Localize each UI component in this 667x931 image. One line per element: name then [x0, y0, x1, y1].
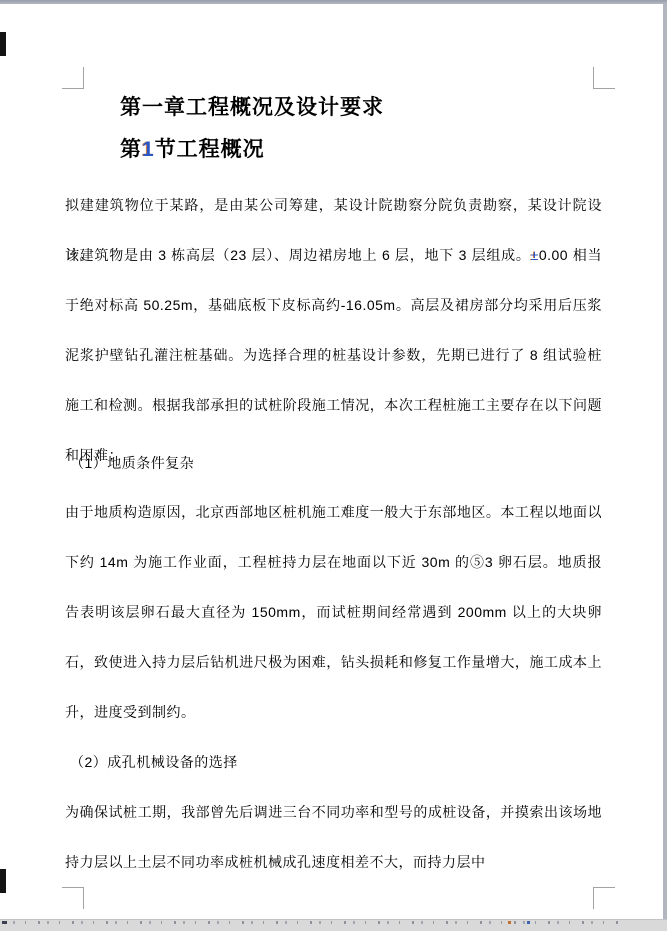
crop-mark-top-left: [62, 67, 84, 89]
statusbar-clipped-text: [4, 921, 624, 924]
status-bar: [0, 919, 667, 931]
window-top-edge: [0, 0, 667, 4]
paragraph-building-overview-seg1: 该建筑物是由 3 栋高层（23 层）、周边裙房地上 6 层，地下 3 层组成。: [65, 247, 531, 263]
paragraph-equipment-detail: 为确保试桩工期，我部曾先后调进三台不同功率和型号的成桩设备，并摸索出该场地持力层…: [65, 787, 602, 887]
paragraph-geology-detail: 由于地质构造原因，北京西部地区桩机施工难度一般大于东部地区。本工程以地面以下约 …: [65, 487, 602, 737]
crop-mark-top-right: [593, 67, 615, 89]
crop-mark-bottom-left: [62, 887, 84, 909]
section-number: 1: [142, 138, 155, 161]
chapter-heading: 第一章工程概况及设计要求: [120, 93, 384, 123]
section-heading-suffix: 节工程概况: [155, 138, 265, 161]
plus-minus-symbol: ±: [531, 247, 539, 263]
left-edge-mark-bottom: [0, 869, 6, 893]
list-item-geology: （1）地质条件复杂: [70, 438, 607, 488]
list-item-equipment: （2）成孔机械设备的选择: [70, 737, 607, 787]
statusbar-clipped-icon-left: [2, 921, 7, 924]
scrollbar[interactable]: [663, 4, 667, 920]
section-heading: 第1节工程概况: [120, 135, 265, 165]
section-heading-prefix: 第: [120, 138, 142, 161]
statusbar-clipped-icon-orange: [508, 921, 511, 924]
left-edge-mark-top: [0, 32, 6, 56]
paragraph-building-overview-seg2: 0.00 相当于绝对标高 50.25m，基础底板下皮标高约-16.05m。高层及…: [65, 247, 602, 463]
crop-mark-bottom-right: [593, 887, 615, 909]
statusbar-clipped-icon-blue: [527, 921, 530, 924]
